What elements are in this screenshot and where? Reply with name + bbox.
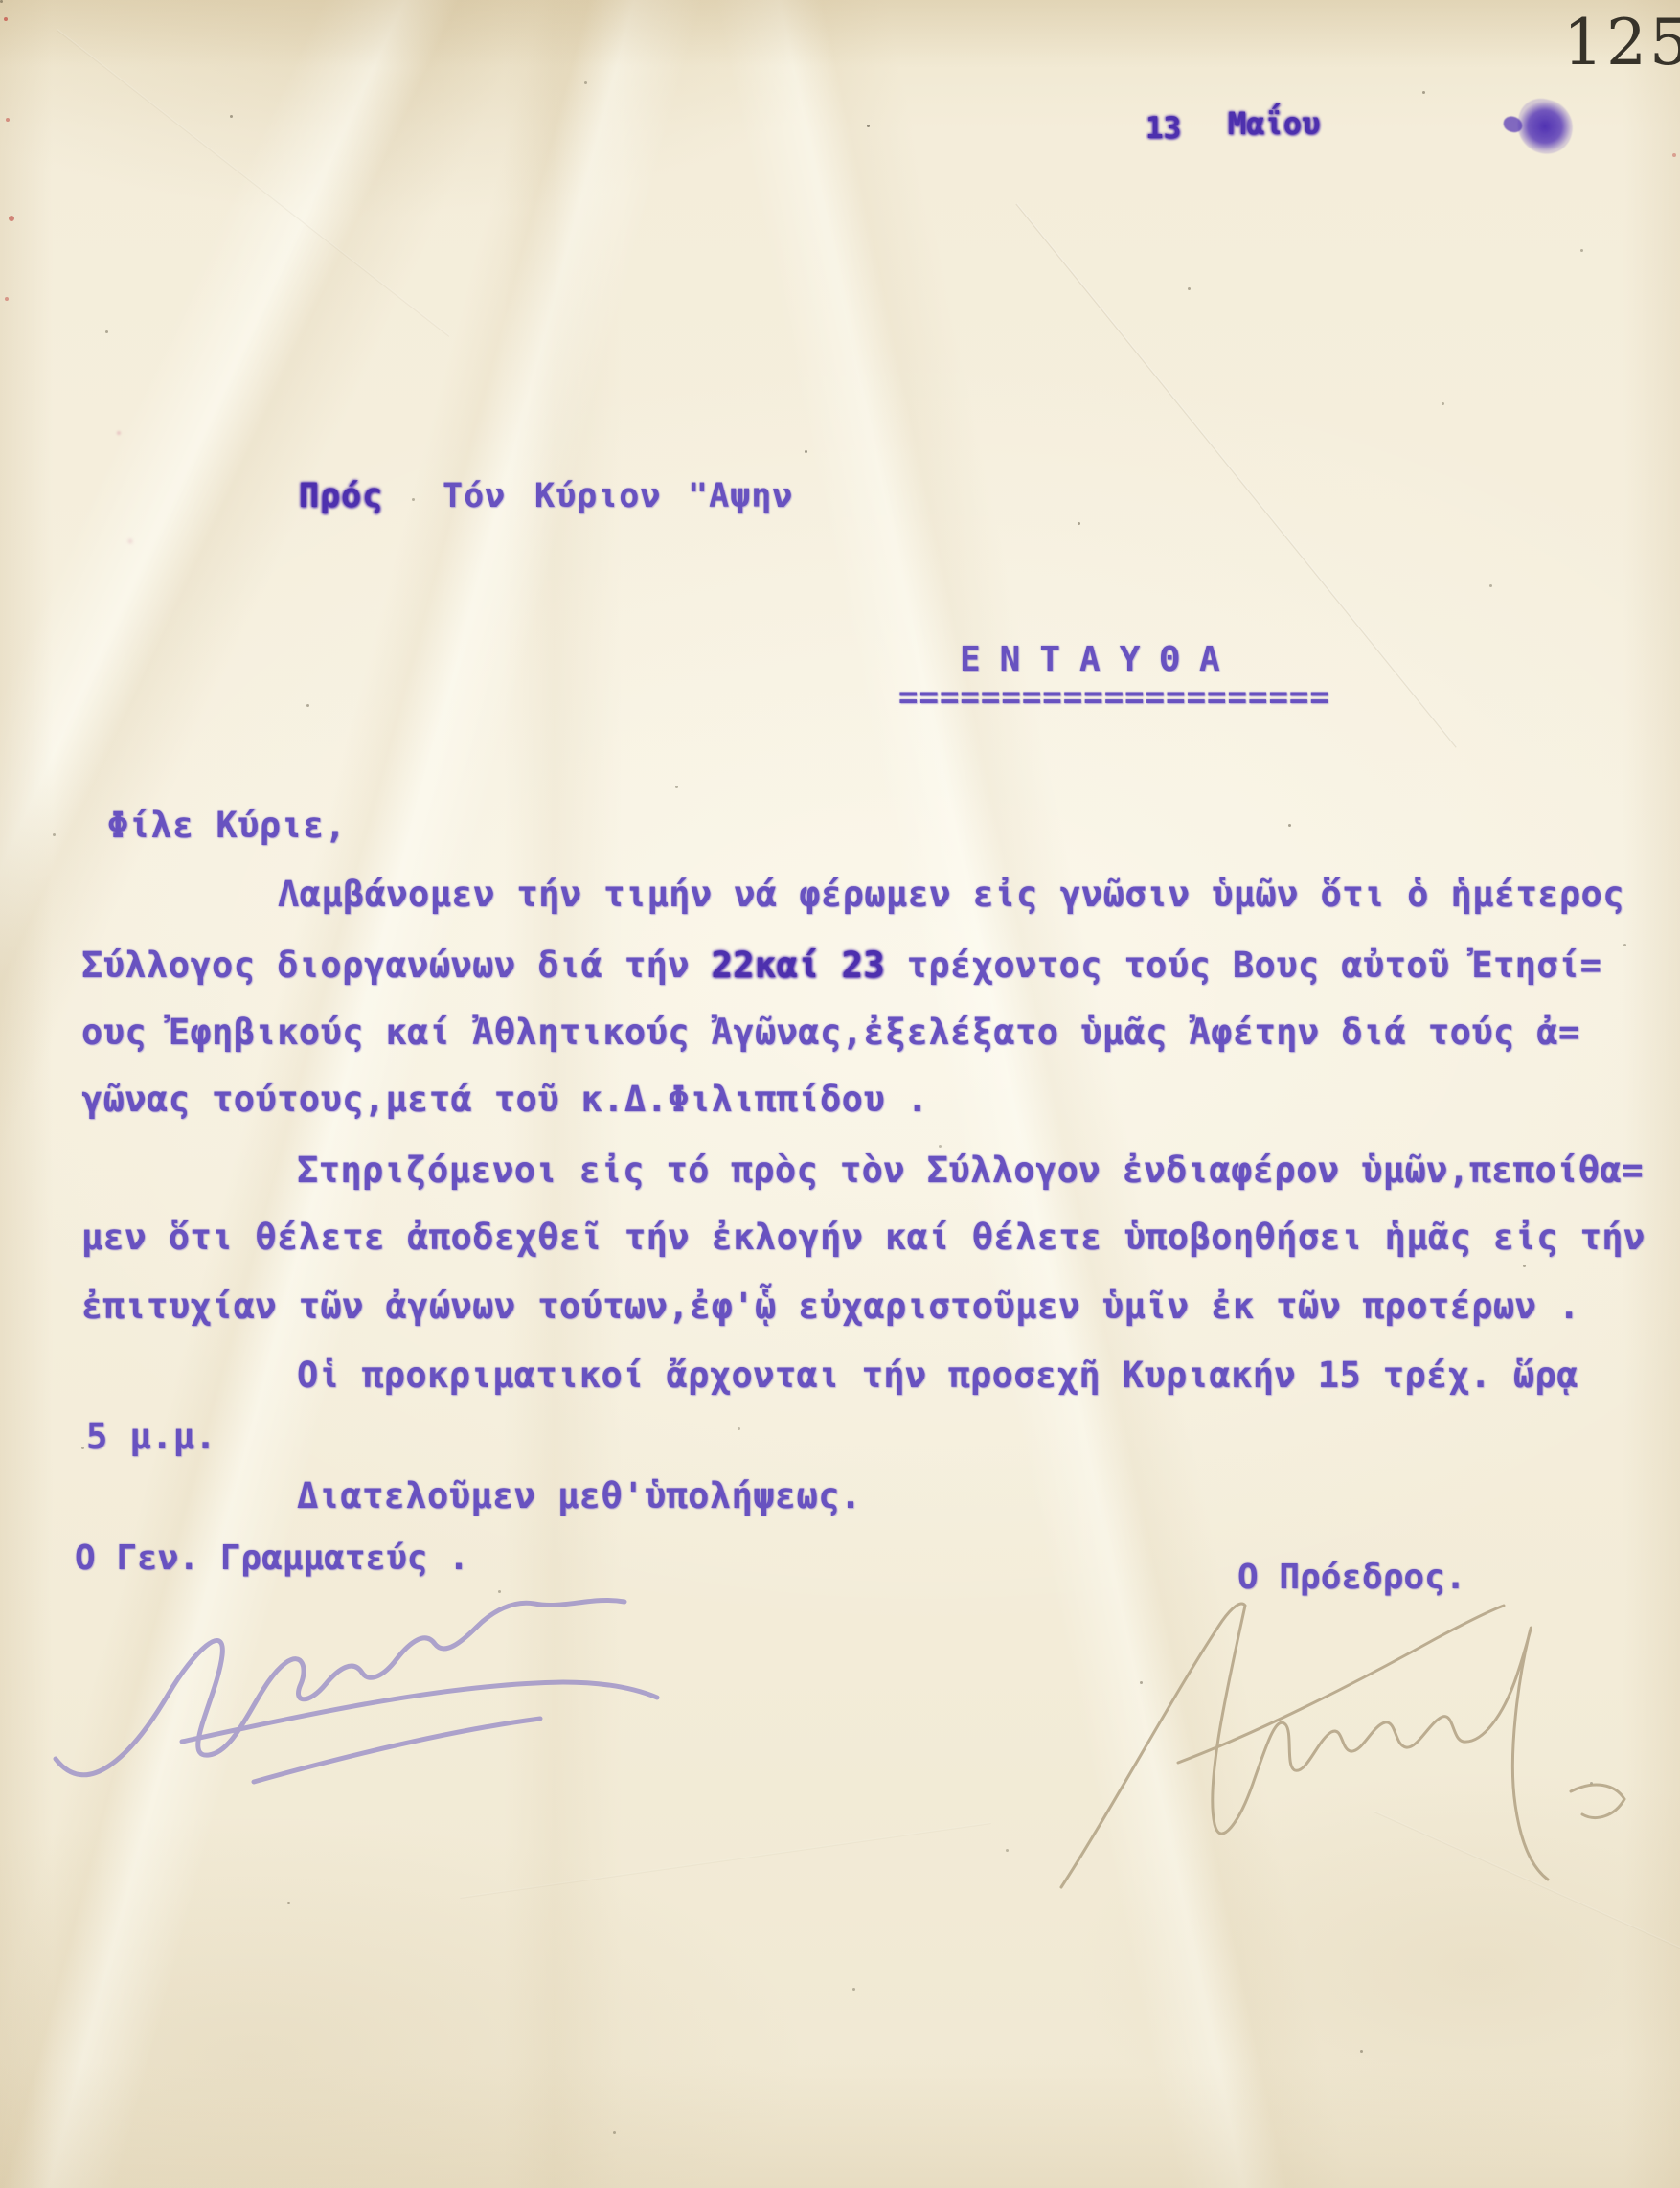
body-line-8: Οἱ προκριματικοί ἄρχονται τήν προσεχῆ Κυ…	[297, 1355, 1578, 1396]
recipient-word-pros: Πρός	[299, 477, 383, 515]
recipient-word-apsin: "Αψην	[688, 477, 793, 515]
body-line-3: ους Ἐφηβικούς καί Ἀθλητικούς Ἀγῶνας,ἐξελ…	[81, 1012, 1580, 1053]
paper-speckles	[0, 0, 3, 3]
location-heading: ΕΝΤΑΥΘΑ	[960, 640, 1239, 679]
president-signature	[1034, 1571, 1647, 1906]
closing-line: Διατελοῦμεν μεθ'ὑπολήψεως.	[297, 1475, 862, 1516]
body-line-7: ἐπιτυχίαν τῶν ἀγώνων τούτων,ἐφ'ᾧ εὐχαρισ…	[81, 1286, 1580, 1327]
secretary-signature	[38, 1571, 670, 1830]
paper-crease	[460, 1822, 991, 1899]
date-month: Μαΐου	[1228, 105, 1320, 142]
body-line-4: γῶνας τούτους,μετά τοῦ κ.Δ.Φιλιππίδου .	[81, 1079, 928, 1120]
body-line-2-dates: 22καί 23	[712, 945, 885, 986]
location-underline: =====================	[898, 678, 1330, 717]
salutation: Φίλε Κύριε,	[107, 805, 346, 846]
date-day: 13	[1146, 111, 1181, 146]
letter-page: 125 13 Μαΐου Πρός Τόν Κύριον "Αψην ΕΝΤΑΥ…	[0, 0, 1680, 2188]
body-line-6: μεν ὅτι θέλετε ἀποδεχθεῖ τήν ἐκλογήν καί…	[81, 1217, 1646, 1258]
body-line-2-c: τρέχοντος τούς Βους αὐτοῦ Ἐτησί=	[885, 945, 1601, 986]
page-number: 125	[1563, 6, 1680, 80]
recipient-word-ton: Τόν	[443, 477, 506, 515]
ink-blot	[1511, 94, 1578, 159]
paper-crease	[57, 29, 450, 337]
body-line-2-a: Σύλλογος διοργανώνων διά τήν	[81, 945, 712, 986]
body-line-9: 5 μ.μ.	[86, 1416, 216, 1457]
recipient-word-kyrion: Κύριον	[534, 477, 661, 515]
body-line-1: Λαμβάνομεν τήν τιμήν νά φέρωμεν εἰς γνῶσ…	[278, 874, 1624, 915]
body-line-2: Σύλλογος διοργανώνων διά τήν 22καί 23 τρ…	[81, 945, 1601, 986]
red-ink-marks	[4, 17, 8, 21]
body-line-5: Στηριζόμενοι εἰς τό πρὸς τὸν Σύλλογον ἐν…	[297, 1150, 1644, 1191]
